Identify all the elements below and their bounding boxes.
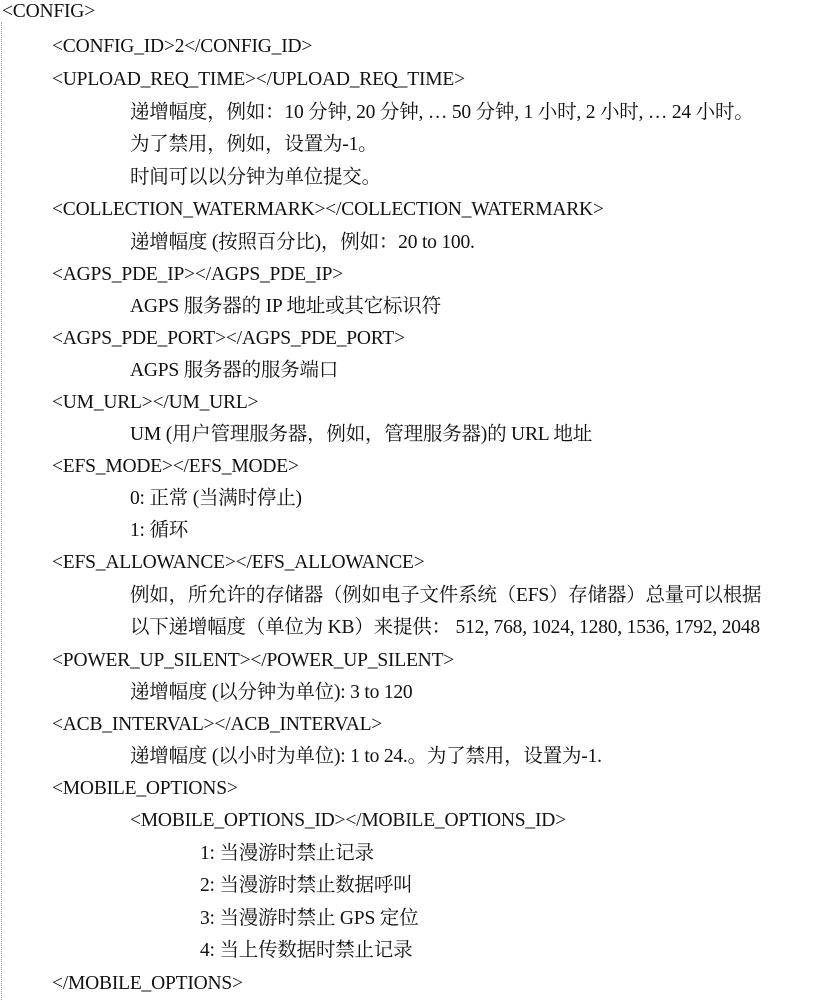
mobile-options-close-tag: </MOBILE_OPTIONS> [52, 968, 243, 1000]
efs-allowance-desc-2: 以下递增幅度（单位为 KB）来提供： 512, 768, 1024, 1280,… [130, 612, 760, 644]
um-url-desc: UM (用户管理服务器，例如，管理服务器)的 URL 地址 [130, 419, 592, 451]
collection-watermark-desc: 递增幅度 (按照百分比)，例如：20 to 100. [130, 227, 475, 259]
mobile-option-1: 1: 当漫游时禁止记录 [200, 838, 374, 870]
agps-pde-port-desc: AGPS 服务器的服务端口 [130, 355, 338, 387]
agps-pde-ip-desc: AGPS 服务器的 IP 地址或其它标识符 [130, 291, 441, 323]
mobile-option-3: 3: 当漫游时禁止 GPS 定位 [200, 903, 418, 935]
collection-watermark-tag: <COLLECTION_WATERMARK></COLLECTION_WATER… [52, 194, 604, 226]
efs-mode-option-1: 1: 循环 [130, 515, 188, 547]
config-open-tag: <CONFIG> [2, 0, 95, 28]
upload-req-time-desc-2: 为了禁用，例如，设置为-1。 [130, 129, 377, 161]
upload-req-time-desc-3: 时间可以以分钟为单位提交。 [130, 162, 381, 194]
efs-mode-tag: <EFS_MODE></EFS_MODE> [52, 451, 299, 483]
efs-allowance-tag: <EFS_ALLOWANCE></EFS_ALLOWANCE> [52, 547, 425, 579]
mobile-option-4: 4: 当上传数据时禁止记录 [200, 935, 412, 967]
mobile-options-open-tag: <MOBILE_OPTIONS> [52, 773, 238, 805]
efs-allowance-desc-1: 例如，所允许的存储器（例如电子文件系统（EFS）存储器）总量可以根据 [130, 580, 761, 612]
config-id-tag: <CONFIG_ID>2</CONFIG_ID> [52, 31, 312, 63]
efs-mode-option-0: 0: 正常 (当满时停止) [130, 483, 302, 515]
upload-req-time-desc-1: 递增幅度，例如：10 分钟, 20 分钟, … 50 分钟, 1 小时, 2 小… [130, 97, 754, 129]
acb-interval-desc: 递增幅度 (以小时为单位): 1 to 24.。为了禁用，设置为-1. [130, 741, 602, 773]
mobile-options-id-tag: <MOBILE_OPTIONS_ID></MOBILE_OPTIONS_ID> [130, 805, 566, 837]
mobile-option-2: 2: 当漫游时禁止数据呼叫 [200, 870, 412, 902]
agps-pde-port-tag: <AGPS_PDE_PORT></AGPS_PDE_PORT> [52, 323, 405, 355]
acb-interval-tag: <ACB_INTERVAL></ACB_INTERVAL> [52, 709, 382, 741]
upload-req-time-tag: <UPLOAD_REQ_TIME></UPLOAD_REQ_TIME> [52, 64, 465, 96]
power-up-silent-tag: <POWER_UP_SILENT></POWER_UP_SILENT> [52, 645, 454, 677]
um-url-tag: <UM_URL></UM_URL> [52, 387, 258, 419]
left-margin-rule [1, 22, 2, 1000]
agps-pde-ip-tag: <AGPS_PDE_IP></AGPS_PDE_IP> [52, 259, 343, 291]
power-up-silent-desc: 递增幅度 (以分钟为单位): 3 to 120 [130, 677, 412, 709]
